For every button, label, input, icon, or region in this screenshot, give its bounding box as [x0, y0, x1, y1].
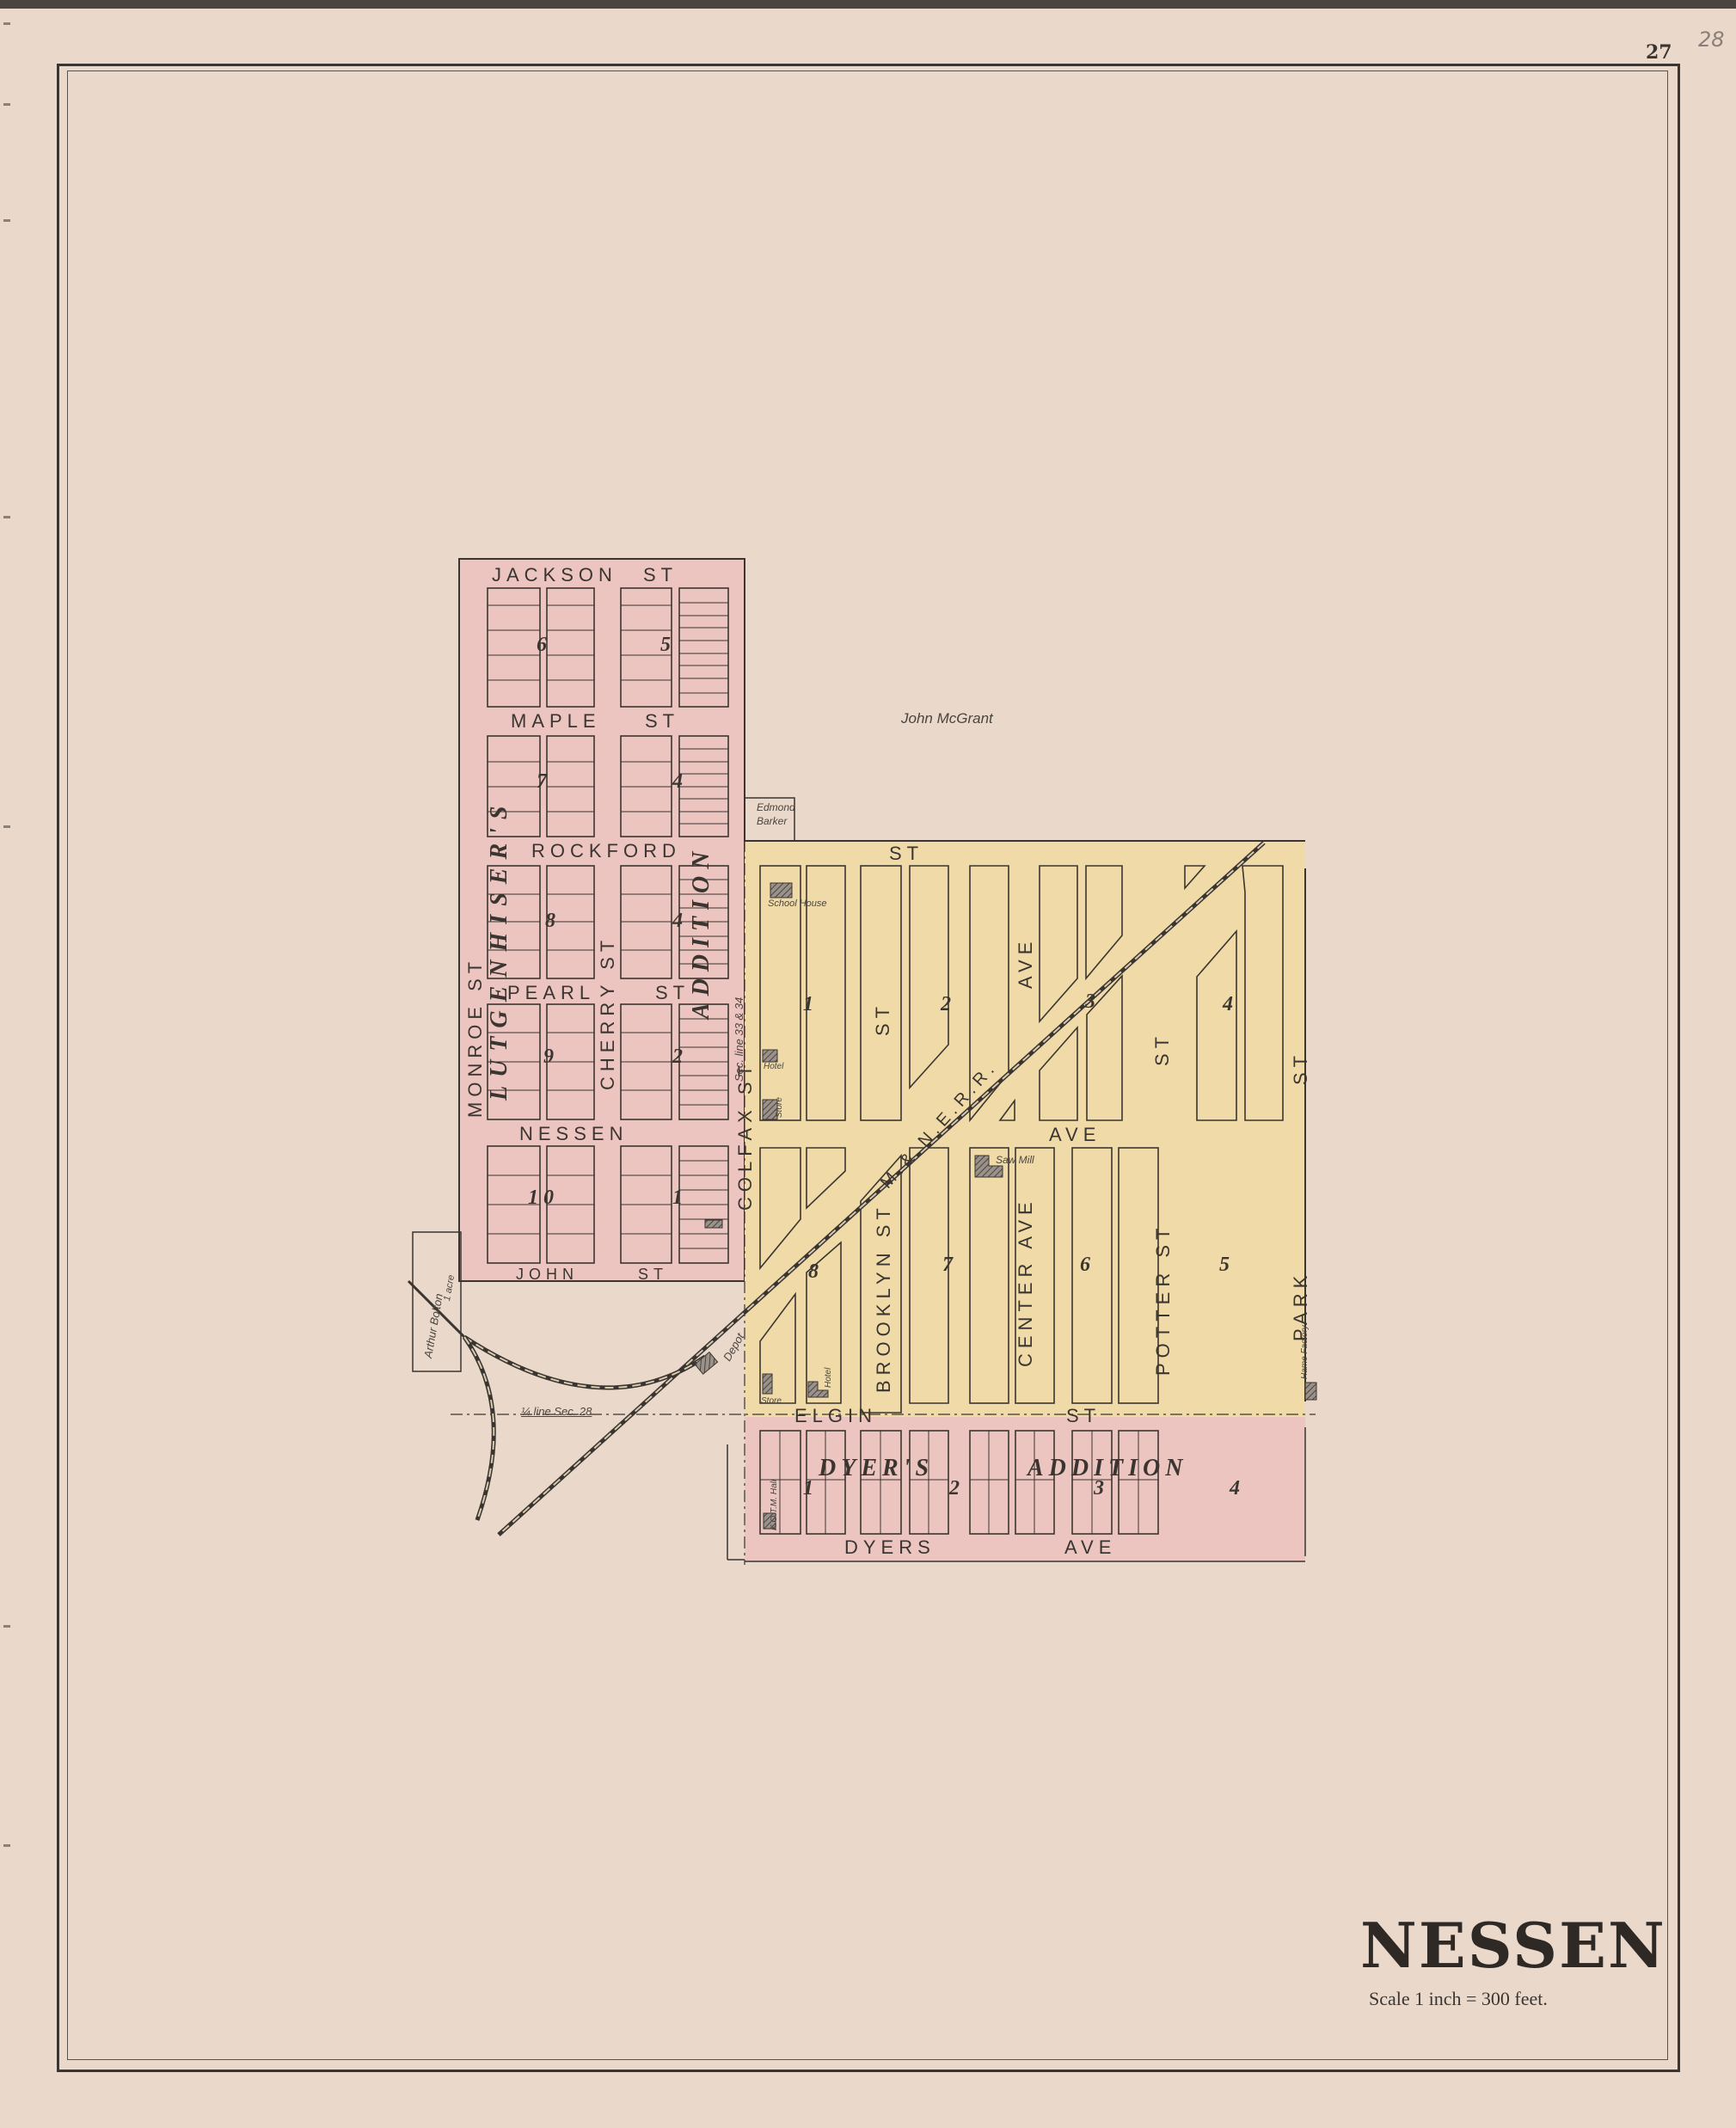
block-number: 8 [808, 1260, 824, 1284]
street-elgin: ELGIN [794, 1405, 877, 1427]
block-number: 6 [537, 634, 552, 657]
map-title: NESSEN [1360, 1909, 1666, 1982]
block-number: 1 [672, 1187, 688, 1210]
street-center: CENTER AVE [1015, 1197, 1037, 1367]
school-house-label: School House [768, 898, 827, 909]
street-elgin-st: ST [1066, 1405, 1101, 1427]
block-number: 5 [660, 634, 676, 657]
block-number: 9 [543, 1046, 559, 1069]
block-number: 4 [1230, 1477, 1245, 1500]
kotm-hall-label: K.O.T.M. Hall [770, 1480, 779, 1530]
street-colfax: COLFAX ST [734, 1060, 757, 1211]
store2-building [763, 1374, 772, 1394]
street-potter-upper: ST [1151, 1032, 1174, 1066]
hotel-building [763, 1050, 777, 1062]
street-maple-st: ST [645, 710, 679, 733]
street-john: JOHN [516, 1266, 579, 1284]
block-number: 3 [1094, 1477, 1109, 1500]
block-number: 5 [1219, 1254, 1235, 1277]
building-lot-6 [705, 1220, 722, 1228]
street-jackson: JACKSON [492, 564, 617, 586]
map-scale: Scale 1 inch = 300 feet. [1369, 1988, 1548, 2010]
block-number: 2 [672, 1046, 688, 1069]
street-pearl: PEARL [507, 982, 595, 1004]
block-number: 7 [537, 770, 552, 794]
block-number: 1 [803, 993, 819, 1016]
block-number: 7 [942, 1254, 958, 1277]
owner-edmond-barker: Edmond Barker [757, 800, 791, 828]
store-label: Store [775, 1097, 784, 1118]
block-number: 3 [1085, 990, 1101, 1014]
street-center-upper: AVE [1015, 937, 1037, 989]
street-jackson-st: ST [643, 564, 678, 586]
street-cherry: CHERRY ST [597, 935, 619, 1090]
street-dyers-ave: AVE [1064, 1536, 1116, 1559]
street-dyers: DYERS [844, 1536, 935, 1559]
street-monroe: MONROE ST [464, 957, 487, 1118]
block-number: 4 [672, 910, 688, 933]
street-rockford-st: ST [889, 843, 923, 865]
street-nessen: NESSEN [519, 1123, 628, 1145]
lutgenhisers-addition-label: ADDITION [688, 845, 715, 1019]
dyers-label: DYER'S [819, 1455, 934, 1482]
hame-factory-building [1305, 1383, 1316, 1400]
plat-map [0, 0, 1736, 2128]
hotel2-label: Hotel [824, 1368, 833, 1388]
block-number: 8 [545, 910, 561, 933]
block-number: 2 [949, 1477, 965, 1500]
store2-label: Store [761, 1396, 782, 1406]
street-potter: POTTER ST [1152, 1223, 1175, 1376]
street-rockford: ROCKFORD [531, 840, 681, 862]
lutgenhisers-label: LUTGENHISER'S [486, 798, 513, 1101]
block-number: 1 [803, 1477, 819, 1500]
hotel-label: Hotel [764, 1062, 783, 1071]
school-house-building [770, 883, 792, 898]
dyers-addition-area [745, 1417, 1305, 1561]
street-park-upper: ST [1290, 1051, 1312, 1085]
quarter-line-label: ¼ line Sec. 28 [521, 1405, 592, 1418]
street-brooklyn-upper: ST [872, 1002, 894, 1036]
street-pearl-st: ST [655, 982, 690, 1004]
block-number: 4 [1223, 993, 1238, 1016]
owner-john-mcgrant: John McGrant [901, 710, 993, 727]
street-john-st: ST [638, 1266, 668, 1284]
street-brooklyn: BROOKLYN ST [873, 1203, 895, 1393]
street-nessen-ave: AVE [1049, 1124, 1101, 1146]
block-number: 2 [941, 993, 956, 1016]
hame-factory-label: Hame Factory [1300, 1325, 1310, 1379]
block-number: 4 [672, 770, 688, 794]
block-number: 6 [1080, 1254, 1095, 1277]
section-line-label: Sec. line 33 & 34 [733, 997, 745, 1082]
saw-mill-label: Saw Mill [996, 1154, 1034, 1166]
street-maple: MAPLE [511, 710, 601, 733]
block-number: 10 [528, 1187, 559, 1210]
